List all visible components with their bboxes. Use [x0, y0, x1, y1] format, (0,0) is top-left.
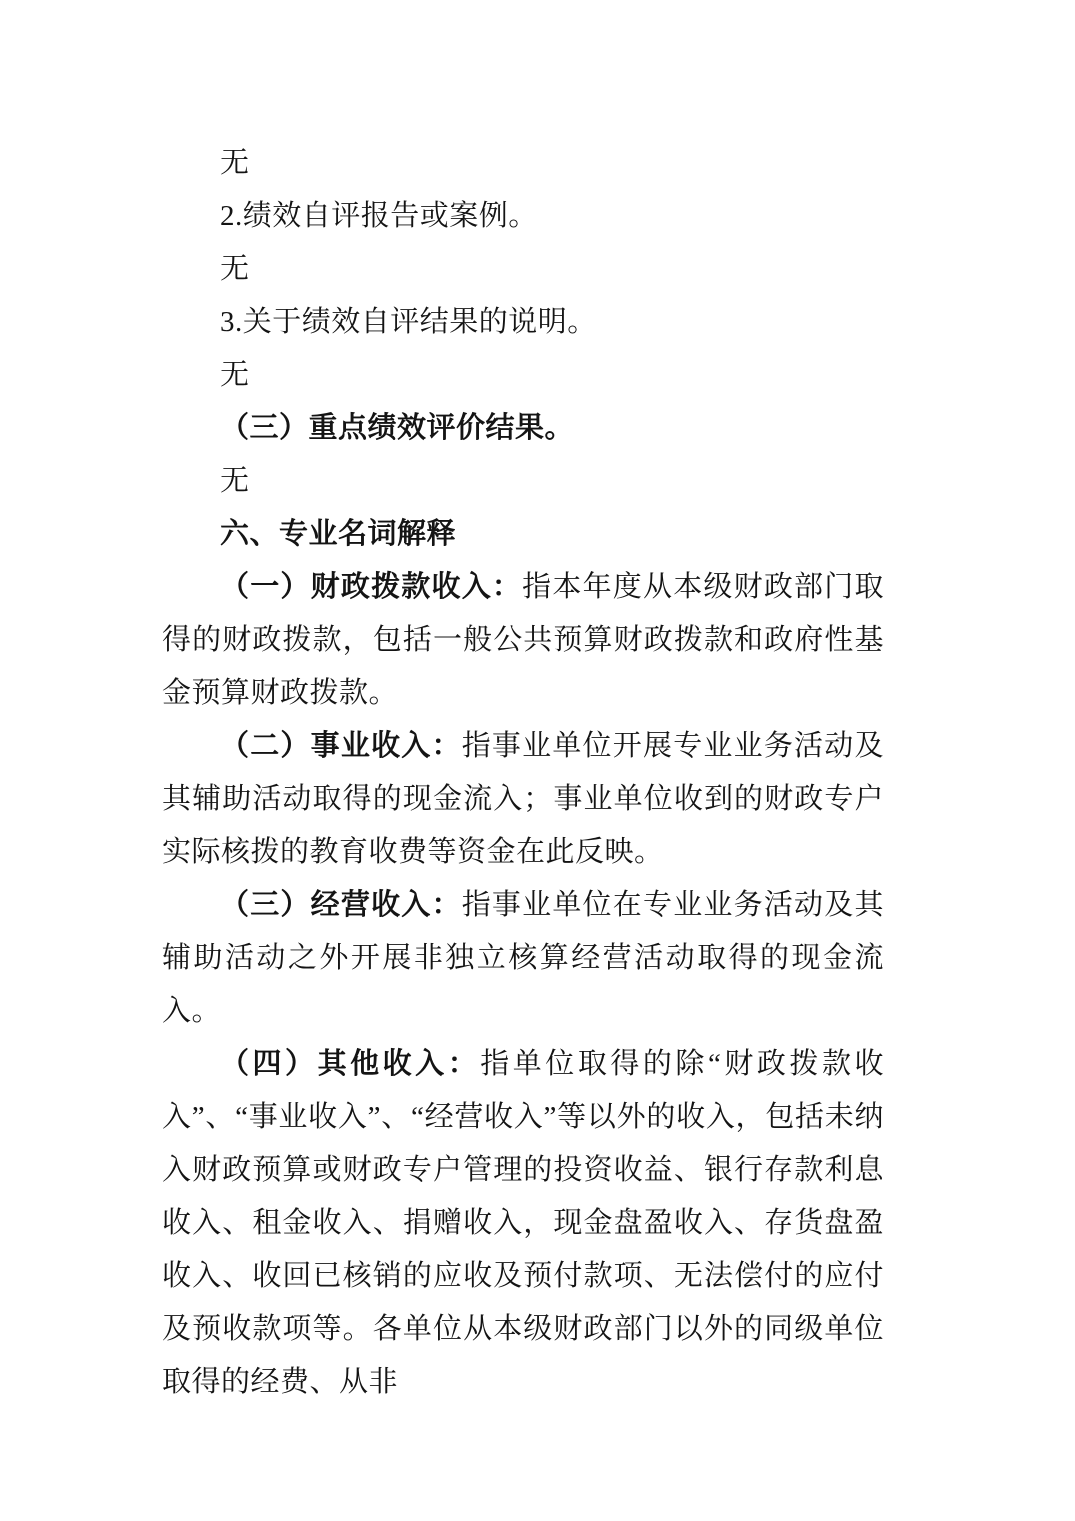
body-paragraph: 3.关于绩效自评结果的说明。 — [162, 296, 884, 349]
term-paragraph: （四）其他收入：指单位取得的除“财政拨款收入”、“事业收入”、“经营收入”等以外… — [162, 1038, 884, 1409]
body-paragraph: 2.绩效自评报告或案例。 — [162, 190, 884, 243]
section-heading: 六、专业名词解释 — [162, 508, 884, 561]
term-lead: （三）经营收入： — [220, 889, 462, 921]
document-body: 无2.绩效自评报告或案例。无3.关于绩效自评结果的说明。无（三）重点绩效评价结果… — [162, 137, 884, 1409]
document-page: 无2.绩效自评报告或案例。无3.关于绩效自评结果的说明。无（三）重点绩效评价结果… — [0, 0, 1075, 1521]
term-paragraph: （三）经营收入：指事业单位在专业业务活动及其辅助活动之外开展非独立核算经营活动取… — [162, 879, 884, 1038]
section-heading: （三）重点绩效评价结果。 — [162, 402, 884, 455]
term-lead: （四）其他收入： — [220, 1048, 480, 1080]
body-paragraph: 无 — [162, 137, 884, 190]
body-paragraph: 无 — [162, 455, 884, 508]
body-paragraph: 无 — [162, 243, 884, 296]
term-definition: 指单位取得的除“财政拨款收入”、“事业收入”、“经营收入”等以外的收入，包括未纳… — [162, 1048, 884, 1398]
term-lead: （二）事业收入： — [220, 730, 462, 762]
term-lead: （一）财政拨款收入： — [220, 571, 522, 603]
term-paragraph: （二）事业收入：指事业单位开展专业业务活动及其辅助活动取得的现金流入；事业单位收… — [162, 720, 884, 879]
body-paragraph: 无 — [162, 349, 884, 402]
term-paragraph: （一）财政拨款收入：指本年度从本级财政部门取得的财政拨款，包括一般公共预算财政拨… — [162, 561, 884, 720]
